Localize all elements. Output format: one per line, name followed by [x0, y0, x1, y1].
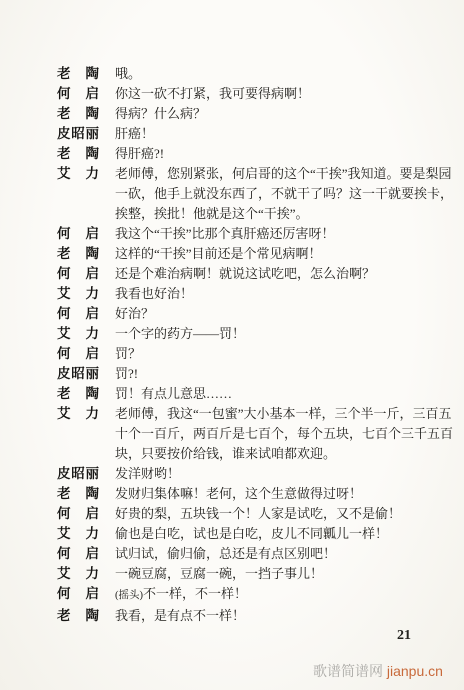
speaker-name: 老陶	[57, 244, 99, 264]
speech-text: 一个字的药方——罚！	[115, 324, 453, 344]
speech-text: 好治？	[115, 304, 453, 324]
speaker-name: 何启	[57, 224, 99, 244]
speaker-name: 何启	[57, 344, 99, 364]
speech-text: 偷也是白吃，试也是白吃，皮儿不同瓤儿一样！	[115, 524, 453, 544]
script-line: 皮昭丽 肝癌！	[57, 124, 453, 144]
script-line: 何启 试归试，偷归偷，总还是有点区别吧！	[57, 544, 453, 564]
speaker-name: 何启	[57, 544, 99, 564]
speaker-name: 艾力	[57, 524, 99, 544]
speech-text: 试归试，偷归偷，总还是有点区别吧！	[115, 544, 453, 564]
speaker-name: 何启	[57, 84, 99, 104]
script-line: 艾力 我看也好治！	[57, 284, 453, 304]
script-lines: 老陶 哦。 何启 你这一砍不打紧，我可要得病啊！ 老陶 得病？什么病？ 皮昭丽 …	[57, 64, 453, 626]
script-line: 皮昭丽 罚?!	[57, 364, 453, 384]
watermark-site-name: 歌谱简谱网	[313, 663, 383, 679]
speech-text: (摇头)不一样，不一样！	[115, 584, 453, 606]
speaker-name: 老陶	[57, 606, 99, 626]
script-line: 皮昭丽 发洋财哟！	[57, 464, 453, 484]
speech-body: 还是个难治病啊！就说这试吃吧，怎么治啊？	[115, 266, 375, 281]
speaker-name: 老陶	[57, 144, 99, 164]
speech-body: 偷也是白吃，试也是白吃，皮儿不同瓤儿一样！	[115, 526, 388, 541]
scanned-page: 老陶 哦。 何启 你这一砍不打紧，我可要得病啊！ 老陶 得病？什么病？ 皮昭丽 …	[0, 0, 464, 690]
speech-text: 还是个难治病啊！就说这试吃吧，怎么治啊？	[115, 264, 453, 284]
speech-body: 罚！有点儿意思……	[115, 386, 232, 401]
speech-body: 我看，是有点不一样！	[115, 608, 245, 623]
speech-text: 得肝癌?!	[115, 144, 453, 164]
script-line: 何启 好贵的梨，五块钱一个！人家是试吃，又不是偷！	[57, 504, 453, 524]
script-line: 艾力 老师傅，您别紧张，何启哥的这个“干挨”我知道。要是梨园一砍，他手上就没东西…	[57, 164, 453, 224]
speech-body: 发财归集体嘛！老何，这个生意做得过呀！	[115, 486, 362, 501]
speech-body: 老师傅，我这“一包蜜”大小基本一样，三个半一斤，三百五十个一百斤，两百斤是七百个…	[115, 406, 453, 461]
speaker-name: 何启	[57, 304, 99, 324]
speech-body: 肝癌！	[115, 126, 154, 141]
speech-text: 我看也好治！	[115, 284, 453, 304]
script-line: 艾力 偷也是白吃，试也是白吃，皮儿不同瓤儿一样！	[57, 524, 453, 544]
script-line: 老陶 发财归集体嘛！老何，这个生意做得过呀！	[57, 484, 453, 504]
speech-body: 我看也好治！	[115, 286, 193, 301]
speaker-name: 皮昭丽	[57, 124, 99, 144]
script-line: 老陶 我看，是有点不一样！	[57, 606, 453, 626]
speaker-name: 何启	[57, 264, 99, 284]
speech-body: 罚?!	[115, 366, 138, 381]
script-line: 艾力 一个字的药方——罚！	[57, 324, 453, 344]
script-line: 老陶 哦。	[57, 64, 453, 84]
stage-direction: (摇头)	[115, 590, 143, 601]
speech-text: 得病？什么病？	[115, 104, 453, 124]
speech-text: 发财归集体嘛！老何，这个生意做得过呀！	[115, 484, 453, 504]
speech-text: 哦。	[115, 64, 453, 84]
speaker-name: 老陶	[57, 384, 99, 404]
script-line: 何启 (摇头)不一样，不一样！	[57, 584, 453, 606]
speaker-name: 艾力	[57, 564, 99, 584]
script-line: 何启 罚？	[57, 344, 453, 364]
speech-body: 不一样，不一样！	[143, 586, 247, 601]
speech-body: 罚？	[115, 346, 141, 361]
speaker-name: 老陶	[57, 104, 99, 124]
page-number: 21	[397, 628, 411, 644]
speech-text: 好贵的梨，五块钱一个！人家是试吃，又不是偷！	[115, 504, 453, 524]
speech-body: 好贵的梨，五块钱一个！人家是试吃，又不是偷！	[115, 506, 401, 521]
speech-text: 我看，是有点不一样！	[115, 606, 453, 626]
script-line: 何启 好治？	[57, 304, 453, 324]
speech-body: 试归试，偷归偷，总还是有点区别吧！	[115, 546, 336, 561]
speech-body: 哦。	[115, 66, 141, 81]
speech-body: 好治？	[115, 306, 154, 321]
speech-text: 你这一砍不打紧，我可要得病啊！	[115, 84, 453, 104]
speech-body: 得肝癌?!	[115, 146, 164, 161]
speech-text: 罚！有点儿意思……	[115, 384, 453, 404]
speech-text: 肝癌！	[115, 124, 453, 144]
speaker-name: 皮昭丽	[57, 364, 99, 384]
speech-text: 老师傅，我这“一包蜜”大小基本一样，三个半一斤，三百五十个一百斤，两百斤是七百个…	[115, 404, 453, 464]
speech-body: 一碗豆腐，豆腐一碗，一挡子事儿！	[115, 566, 323, 581]
speech-text: 老师傅，您别紧张，何启哥的这个“干挨”我知道。要是梨园一砍，他手上就没东西了，不…	[115, 164, 453, 224]
speech-body: 你这一砍不打紧，我可要得病啊！	[115, 86, 310, 101]
speech-body: 一个字的药方——罚！	[115, 326, 245, 341]
speech-text: 发洋财哟！	[115, 464, 453, 484]
watermark-site-url: jianpu.cn	[387, 663, 443, 679]
script-line: 何启 还是个难治病啊！就说这试吃吧，怎么治啊？	[57, 264, 453, 284]
speaker-name: 何启	[57, 504, 99, 524]
speech-text: 一碗豆腐，豆腐一碗，一挡子事儿！	[115, 564, 453, 584]
script-line: 老陶 这样的“干挨”目前还是个常见病啊！	[57, 244, 453, 264]
speech-text: 这样的“干挨”目前还是个常见病啊！	[115, 244, 453, 264]
speaker-name: 艾力	[57, 404, 99, 424]
speech-text: 罚?!	[115, 364, 453, 384]
speech-body: 得病？什么病？	[115, 106, 206, 121]
speech-text: 罚？	[115, 344, 453, 364]
speaker-name: 皮昭丽	[57, 464, 99, 484]
speech-body: 这样的“干挨”目前还是个常见病啊！	[115, 246, 322, 261]
speaker-name: 艾力	[57, 284, 99, 304]
speech-body: 发洋财哟！	[115, 466, 180, 481]
script-line: 艾力 老师傅，我这“一包蜜”大小基本一样，三个半一斤，三百五十个一百斤，两百斤是…	[57, 404, 453, 464]
script-line: 老陶 得肝癌?!	[57, 144, 453, 164]
watermark: 歌谱简谱网 jianpu.cn	[313, 661, 443, 681]
speech-text: 我这个“干挨”比那个真肝癌还厉害呀！	[115, 224, 453, 244]
speaker-name: 艾力	[57, 324, 99, 344]
speaker-name: 老陶	[57, 64, 99, 84]
speaker-name: 艾力	[57, 164, 99, 184]
script-line: 何启 我这个“干挨”比那个真肝癌还厉害呀！	[57, 224, 453, 244]
speaker-name: 何启	[57, 584, 99, 604]
speaker-name: 老陶	[57, 484, 99, 504]
script-line: 老陶 得病？什么病？	[57, 104, 453, 124]
speech-body: 我这个“干挨”比那个真肝癌还厉害呀！	[115, 226, 335, 241]
script-line: 老陶 罚！有点儿意思……	[57, 384, 453, 404]
script-line: 艾力 一碗豆腐，豆腐一碗，一挡子事儿！	[57, 564, 453, 584]
speech-body: 老师傅，您别紧张，何启哥的这个“干挨”我知道。要是梨园一砍，他手上就没东西了，不…	[115, 166, 453, 221]
script-line: 何启 你这一砍不打紧，我可要得病啊！	[57, 84, 453, 104]
